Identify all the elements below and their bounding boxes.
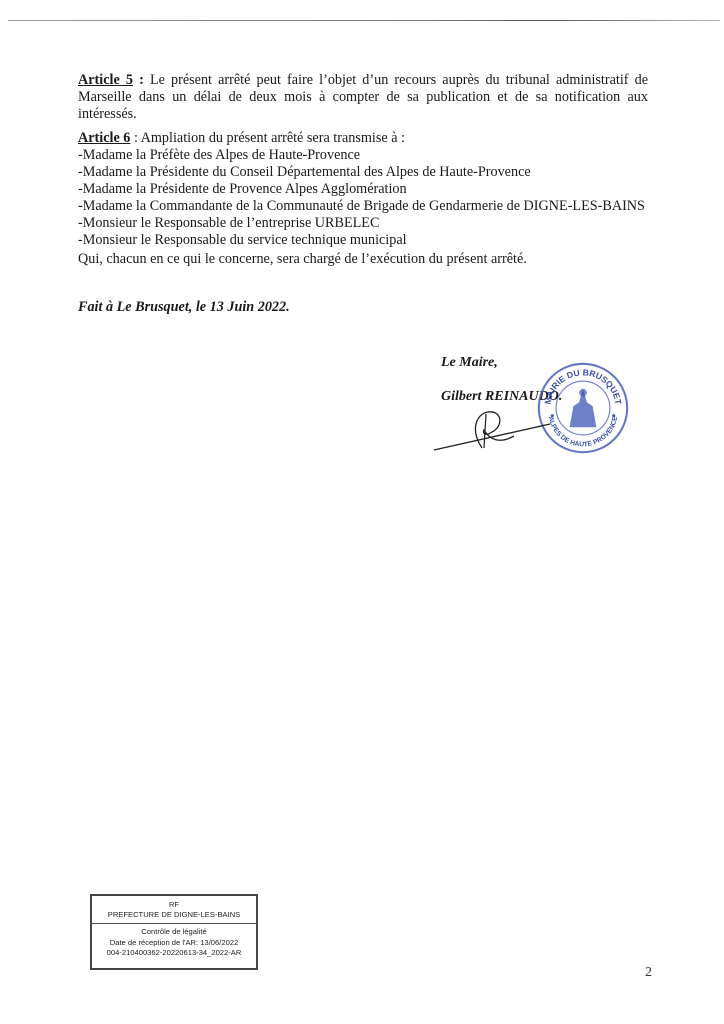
recipient: -Madame la Présidente du Conseil Départe… [78, 164, 648, 181]
recipient: -Monsieur le Responsable de l’entreprise… [78, 215, 648, 232]
article-5-sep: : [133, 72, 150, 88]
article-6-intro: Article 6 : Ampliation du présent arrêté… [78, 130, 648, 147]
signature-scrawl-icon [430, 400, 570, 460]
article-5-label: Article 5 [78, 72, 133, 88]
article-6-label: Article 6 [78, 130, 130, 146]
receipt-id: 004-210400362-20220613-34_2022-AR [92, 948, 256, 959]
receipt-date: Date de réception de l'AR: 13/06/2022 [92, 938, 256, 949]
header-rule [8, 20, 720, 21]
article-5-text1: Le présent arrêté peut faire l’objet d’u… [150, 72, 648, 88]
article-6: Article 6 : Ampliation du présent arrêté… [78, 130, 648, 249]
article-5: Article 5 : Le présent arrêté peut faire… [78, 72, 648, 123]
receipt-rf: RF [92, 900, 256, 910]
recipient: -Madame la Préfète des Alpes de Haute-Pr… [78, 147, 648, 164]
article-5-line1: Article 5 : Le présent arrêté peut faire… [78, 72, 648, 89]
article-6-intro-text: : Ampliation du présent arrêté sera tran… [130, 130, 405, 146]
execution-clause: Qui, chacun en ce qui le concerne, sera … [78, 251, 648, 268]
prefecture-receipt-box: RF PREFECTURE DE DIGNE-LES-BAINS Contrôl… [90, 894, 258, 970]
recipient: -Monsieur le Responsable du service tech… [78, 232, 648, 249]
done-at: Fait à Le Brusquet, le 13 Juin 2022. [78, 299, 648, 316]
page-number: 2 [645, 965, 652, 981]
article-5-line2: Marseille dans un délai de deux mois à c… [78, 89, 648, 122]
recipient: -Madame la Commandante de la Communauté … [78, 198, 648, 215]
signature-title: Le Maire, [441, 355, 498, 371]
receipt-prefecture: PREFECTURE DE DIGNE-LES-BAINS [92, 910, 256, 920]
receipt-control: Contrôle de légalité [92, 927, 256, 938]
recipient: -Madame la Présidente de Provence Alpes … [78, 181, 648, 198]
